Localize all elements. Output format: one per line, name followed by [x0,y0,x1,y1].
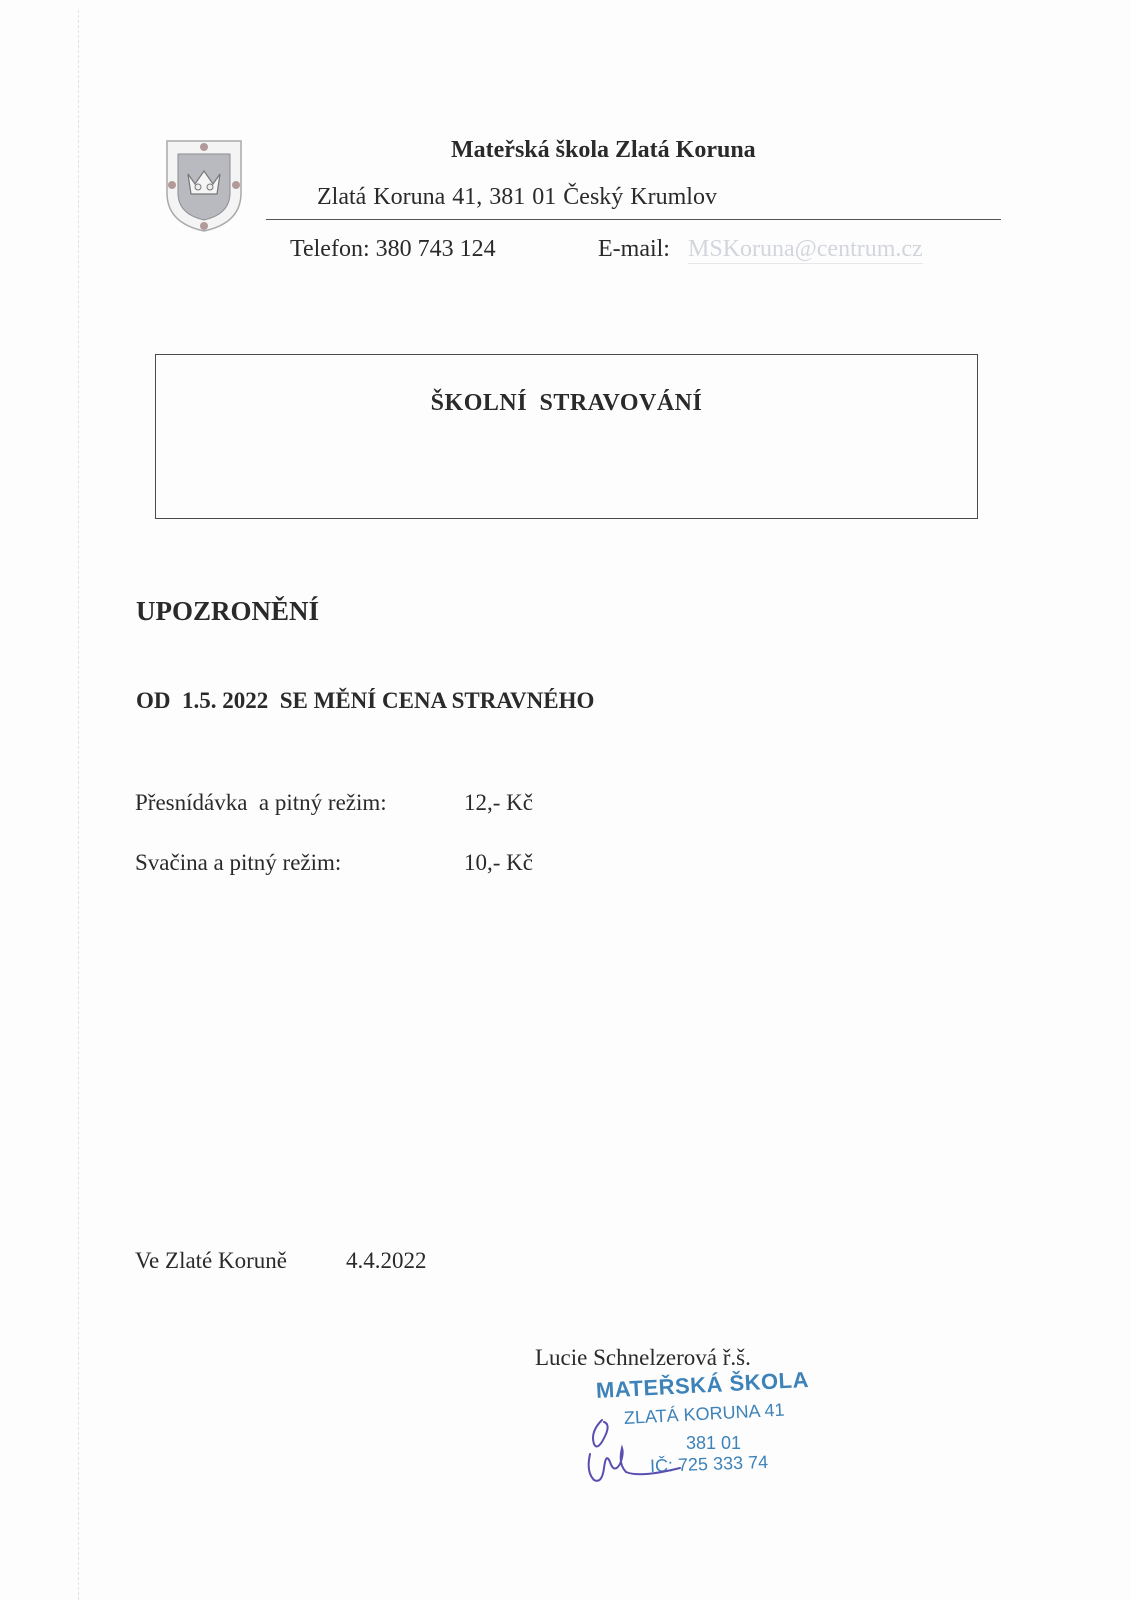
notice-heading: UPOZRONĚNÍ [136,596,319,627]
scan-fold-line [78,10,79,1600]
date: 4.4.2022 [346,1248,427,1274]
email-link[interactable]: MSKoruna@centrum.cz [688,236,923,264]
stamp-line-3: 381 01 [686,1433,741,1454]
price-label-snack-afternoon: Svačina a pitný režim: [135,850,341,876]
title-box: ŠKOLNÍ STRAVOVÁNÍ [155,354,978,519]
crest-crown-icon [164,138,244,233]
price-value-snack-afternoon: 10,- Kč [464,850,533,876]
email-label: E-mail: [598,236,670,263]
place: Ve Zlaté Koruně [135,1248,287,1274]
stamp-line-1: MATEŘSKÁ ŠKOLA [595,1367,809,1404]
price-change-notice: OD 1.5. 2022 SE MĚNÍ CENA STRAVNÉHO [136,688,594,714]
price-value-snack-morning: 12,- Kč [464,790,533,816]
school-phone: Telefon: 380 743 124 [290,236,496,263]
document-title: ŠKOLNÍ STRAVOVÁNÍ [156,390,977,417]
header-divider [266,219,1001,220]
school-name: Mateřská škola Zlatá Koruna [451,137,756,164]
handwritten-signature-icon [580,1412,690,1492]
school-address: Zlatá Koruna 41, 381 01 Český Krumlov [317,184,717,211]
signatory-name: Lucie Schnelzerová ř.š. [535,1345,751,1371]
price-label-snack-morning: Přesnídávka a pitný režim: [135,790,387,816]
